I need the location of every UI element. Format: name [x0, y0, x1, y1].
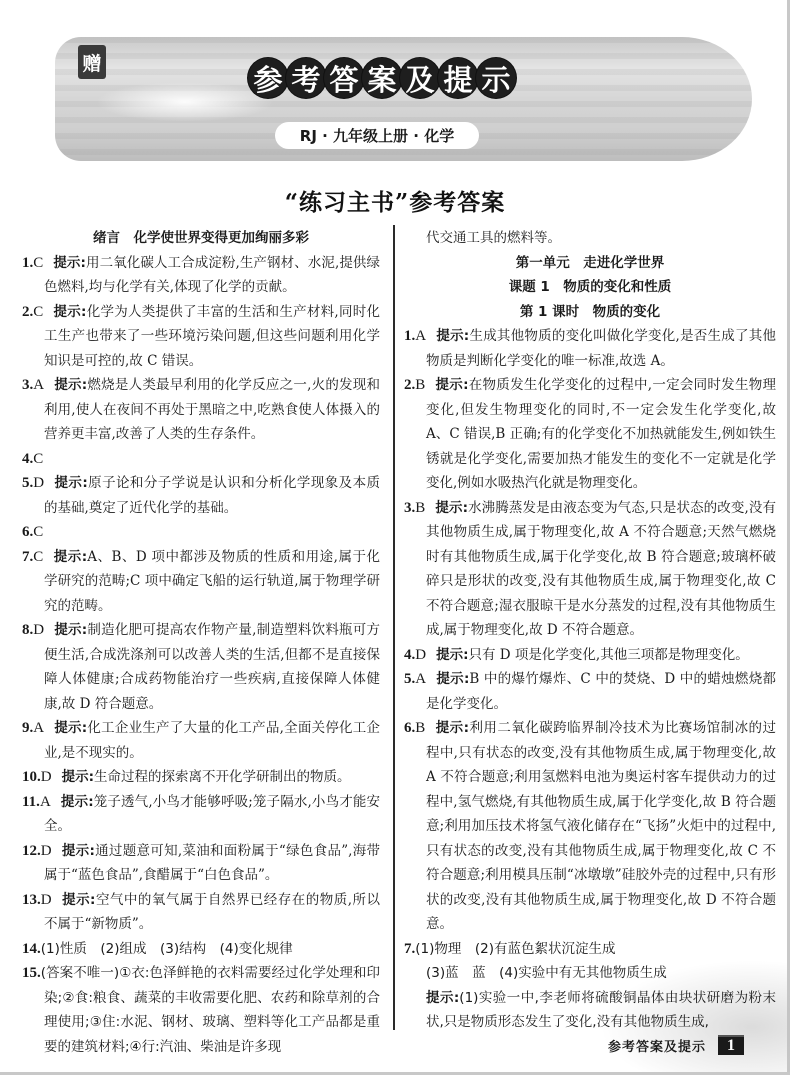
- answer-item: 10.D提示:生命过程的探索离不开化学研制出的物质。: [22, 765, 380, 790]
- answer-item: 4.D提示:只有 D 项是化学变化,其他三项都是物理变化。: [404, 643, 776, 668]
- section-title: 绪言 化学使世界变得更加绚丽多彩: [22, 226, 380, 251]
- hint-text: 在物质发生化学变化的过程中,一定会同时发生物理变化,但发生物理变化的同时,不一定…: [426, 377, 776, 491]
- answer-item: 4.C: [22, 447, 380, 472]
- hint-text: 制造化肥可提高农作物产量,制造塑料饮料瓶可方便生活,合成洗涤剂可以改善人类的生活…: [44, 622, 380, 712]
- hint-text: 通过题意可知,菜油和面粉属于“绿色食品”,海带属于“蓝色食品”,食醋属于“白色食…: [44, 843, 380, 884]
- hint-label: 提示:: [53, 255, 86, 271]
- item-number: 14.: [22, 941, 41, 957]
- item-number: 3.: [404, 500, 415, 516]
- item-answer: C: [33, 304, 43, 320]
- item-answer: D: [33, 622, 44, 638]
- item-number: 7.: [22, 549, 33, 565]
- hint-text: 生命过程的探索离不开化学研制出的物质。: [94, 769, 351, 785]
- item-number: 8.: [22, 622, 33, 638]
- hint-label: 提示:: [54, 622, 87, 638]
- answer-item: 5.A提示:B 中的爆竹爆炸、C 中的焚烧、D 中的蜡烛燃烧都是化学变化。: [404, 667, 776, 716]
- item-answer: D: [41, 843, 52, 859]
- gift-badge: 赠: [78, 45, 106, 79]
- item-answer: A: [33, 720, 44, 736]
- hint-text: 用二氧化碳人工合成淀粉,生产钢材、水泥,提供绿色燃料,均与化学有关,体现了化学的…: [44, 255, 380, 296]
- hint-label: 提示:: [62, 769, 94, 785]
- hint-label: 提示:: [426, 990, 459, 1006]
- hint-label: 提示:: [53, 304, 86, 320]
- item-number: 2.: [22, 304, 33, 320]
- hint-text: 生成其他物质的变化叫做化学变化,是否生成了其他物质是判断化学变化的唯一标准,故选…: [426, 328, 776, 369]
- item-number: 1.: [404, 328, 415, 344]
- answer-item: 13.D提示:空气中的氧气属于自然界已经存在的物质,所以不属于“新物质”。: [22, 888, 380, 937]
- title-char: 考: [286, 58, 326, 98]
- answer-item: 15.(答案不唯一)①衣:色泽鲜艳的衣料需要经过化学处理和印染;②食:粮食、蔬菜…: [22, 961, 380, 1059]
- right-column: 代交通工具的燃料等。 第一单元 走进化学世界 课题 1 物质的变化和性质 第 1…: [404, 226, 776, 1035]
- title-char: 提: [438, 58, 478, 98]
- hint-label: 提示:: [436, 328, 469, 344]
- title-char: 答: [324, 58, 364, 98]
- item-answer: B: [415, 377, 425, 393]
- title-char: 参: [248, 58, 288, 98]
- answer-item: 9.A提示:化工企业生产了大量的化工产品,全面关停化工企业,是不现实的。: [22, 716, 380, 765]
- hint-label: 提示:: [436, 671, 469, 687]
- item-answer: D: [41, 892, 52, 908]
- hint-text: 化学为人类提供了丰富的生活和生产材料,同时化工生产也带来了一些环境污染问题,但这…: [44, 304, 380, 369]
- answer-item: 1.C提示:用二氧化碳人工合成淀粉,生产钢材、水泥,提供绿色燃料,均与化学有关,…: [22, 251, 380, 300]
- left-column: 绪言 化学使世界变得更加绚丽多彩 1.C提示:用二氧化碳人工合成淀粉,生产钢材、…: [22, 226, 380, 1059]
- answer-item: 2.B提示:在物质发生化学变化的过程中,一定会同时发生物理变化,但发生物理变化的…: [404, 373, 776, 496]
- item-number: 4.: [404, 647, 415, 663]
- answer-item: 11.A提示:笼子透气,小鸟才能够呼吸;笼子隔水,小鸟才能安全。: [22, 790, 380, 839]
- item-answer: D: [33, 475, 44, 491]
- banner-title: 参 考 答 案 及 提 示: [248, 58, 514, 98]
- item-text: (1)性质 (2)组成 (3)结构 (4)变化规律: [41, 941, 293, 957]
- item-answer: D: [415, 647, 426, 663]
- answer-item: 12.D提示:通过题意可知,菜油和面粉属于“绿色食品”,海带属于“蓝色食品”,食…: [22, 839, 380, 888]
- hint-label: 提示:: [54, 720, 87, 736]
- item-number: 4.: [22, 451, 33, 467]
- title-char: 示: [476, 58, 516, 98]
- item-number: 5.: [404, 671, 415, 687]
- item-answer: A: [33, 377, 44, 393]
- header-banner: 赠 参 考 答 案 及 提 示 RJ · 九年级上册 · 化学: [55, 37, 752, 161]
- hint-label: 提示:: [53, 549, 87, 565]
- answer-item: 7.C提示:A、B、D 项中都涉及物质的性质和用途,属于化学研究的范畴;C 项中…: [22, 545, 380, 619]
- answer-item: 8.D提示:制造化肥可提高农作物产量,制造塑料饮料瓶可方便生活,合成洗涤剂可以改…: [22, 618, 380, 716]
- hint-label: 提示:: [62, 892, 96, 908]
- page-number-book-icon: 1: [718, 1035, 744, 1055]
- page-footer: 参考答案及提示 1: [608, 1035, 744, 1055]
- hint-text: 燃烧是人类最早利用的化学反应之一,火的发现和利用,使人在夜间不再处于黑暗之中,吃…: [44, 377, 380, 442]
- item-answer: C: [33, 524, 43, 540]
- hint-text: 只有 D 项是化学变化,其他三项都是物理变化。: [469, 647, 749, 663]
- item-answer: A: [40, 794, 51, 810]
- item-number: 9.: [22, 720, 33, 736]
- item-answer: B: [415, 720, 425, 736]
- hint-label: 提示:: [54, 377, 87, 393]
- item-answer: C: [33, 451, 43, 467]
- topic-title: 课题 1 物质的变化和性质: [404, 275, 776, 300]
- item-number: 6.: [404, 720, 415, 736]
- answer-item: 3.A提示:燃烧是人类最早利用的化学反应之一,火的发现和利用,使人在夜间不再处于…: [22, 373, 380, 447]
- item-number: 5.: [22, 475, 33, 491]
- answer-item: 14.(1)性质 (2)组成 (3)结构 (4)变化规律: [22, 937, 380, 962]
- hint-text: (1)实验一中,李老师将硫酸铜晶体由块状研磨为粉末状,只是物质形态发生了变化,没…: [426, 990, 776, 1031]
- hint-label: 提示:: [436, 647, 468, 663]
- item-number: 6.: [22, 524, 33, 540]
- item-number: 3.: [22, 377, 33, 393]
- answer-item: 5.D提示:原子论和分子学说是认识和分析化学现象及本质的基础,奠定了近代化学的基…: [22, 471, 380, 520]
- hint-text: 笼子透气,小鸟才能够呼吸;笼子隔水,小鸟才能安全。: [44, 794, 380, 835]
- item-number: 12.: [22, 843, 41, 859]
- item-7-hint: 提示:(1)实验一中,李老师将硫酸铜晶体由块状研磨为粉末状,只是物质形态发生了变…: [404, 986, 776, 1035]
- unit-title: 第一单元 走进化学世界: [404, 251, 776, 276]
- hint-text: 空气中的氧气属于自然界已经存在的物质,所以不属于“新物质”。: [44, 892, 380, 933]
- hint-label: 提示:: [435, 377, 468, 393]
- answer-item-7: 7.(1)物理 (2)有蓝色絮状沉淀生成: [404, 937, 776, 962]
- item-number: 10.: [22, 769, 41, 785]
- item-answer: C: [33, 549, 43, 565]
- hint-label: 提示:: [54, 475, 88, 491]
- lesson-title: 第 1 课时 物质的变化: [404, 300, 776, 325]
- item-number: 7.: [404, 941, 415, 957]
- hint-text: 原子论和分子学说是认识和分析化学现象及本质的基础,奠定了近代化学的基础。: [44, 475, 380, 516]
- answer-item: 6.C: [22, 520, 380, 545]
- item-7-line-2: (3)蓝 蓝 (4)实验中有无其他物质生成: [404, 961, 776, 986]
- item-answer: D: [41, 769, 52, 785]
- item-number: 2.: [404, 377, 415, 393]
- title-char: 及: [400, 58, 440, 98]
- hint-label: 提示:: [62, 843, 95, 859]
- column-divider: [393, 225, 395, 1030]
- hint-text: B 中的爆竹爆炸、C 中的焚烧、D 中的蜡烛燃烧都是化学变化。: [426, 671, 776, 712]
- answer-item: 3.B提示:水沸腾蒸发是由液态变为气态,只是状态的改变,没有其他物质生成,属于物…: [404, 496, 776, 643]
- answer-item: 6.B提示:利用二氧化碳跨临界制冷技术为比赛场馆制冰的过程中,只有状态的改变,没…: [404, 716, 776, 937]
- page-title: “练习主书”参考答案: [0, 184, 790, 217]
- hint-text: 利用二氧化碳跨临界制冷技术为比赛场馆制冰的过程中,只有状态的改变,没有其他物质生…: [426, 720, 776, 932]
- item-answer: A: [415, 328, 426, 344]
- item-answer: A: [415, 671, 426, 687]
- hint-text: 化工企业生产了大量的化工产品,全面关停化工企业,是不现实的。: [44, 720, 380, 761]
- footer-label: 参考答案及提示: [608, 1036, 706, 1055]
- item-answer: B: [415, 500, 425, 516]
- hint-label: 提示:: [435, 720, 469, 736]
- item-text: (答案不唯一)①衣:色泽鲜艳的衣料需要经过化学处理和印染;②食:粮食、蔬菜的丰收…: [41, 965, 380, 1055]
- continued-text: 代交通工具的燃料等。: [404, 226, 776, 251]
- item-number: 11.: [22, 794, 40, 810]
- hint-text: 水沸腾蒸发是由液态变为气态,只是状态的改变,没有其他物质生成,属于物理变化,故 …: [426, 500, 776, 639]
- answer-item: 1.A提示:生成其他物质的变化叫做化学变化,是否生成了其他物质是判断化学变化的唯…: [404, 324, 776, 373]
- banner-subtitle: RJ · 九年级上册 · 化学: [275, 122, 479, 149]
- item-answer: C: [33, 255, 43, 271]
- item-text: (1)物理 (2)有蓝色絮状沉淀生成: [415, 941, 615, 957]
- hint-text: A、B、D 项中都涉及物质的性质和用途,属于化学研究的范畴;C 项中确定飞船的运…: [44, 549, 380, 614]
- item-number: 15.: [22, 965, 41, 981]
- title-char: 案: [362, 58, 402, 98]
- item-number: 1.: [22, 255, 33, 271]
- item-number: 13.: [22, 892, 41, 908]
- hint-label: 提示:: [435, 500, 468, 516]
- answer-item: 2.C提示:化学为人类提供了丰富的生活和生产材料,同时化工生产也带来了一些环境污…: [22, 300, 380, 374]
- hint-label: 提示:: [61, 794, 94, 810]
